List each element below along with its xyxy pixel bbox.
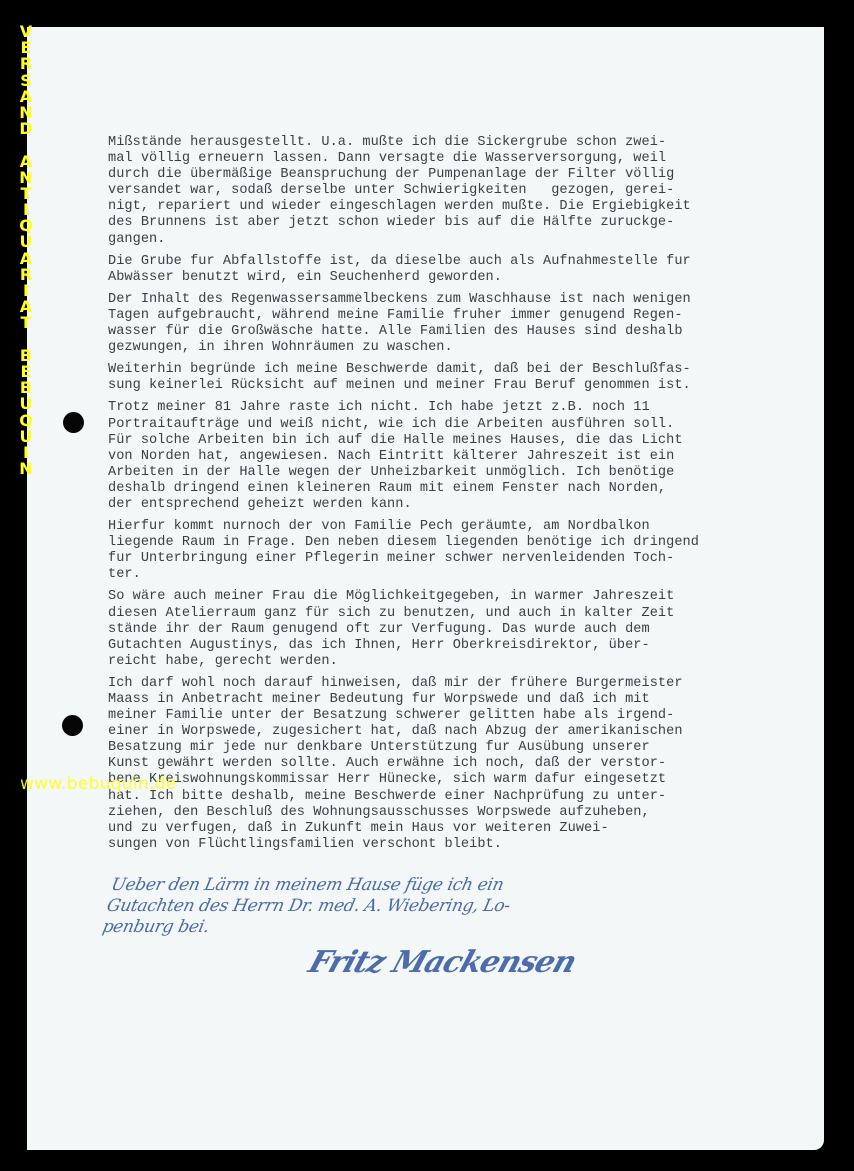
text-line: Weiterhin begründe ich meine Beschwerde … [108, 362, 823, 378]
typed-letter-body: Mißstände herausgestellt. U.a. mußte ich… [108, 135, 823, 859]
text-line: bene Kreiswohnungskommissar Herr Hünecke… [108, 772, 823, 788]
text-line: mal völlig erneuern lassen. Dann versagt… [108, 151, 823, 167]
text-line: und zu verfugen, daß in Zukunft mein Hau… [108, 821, 823, 837]
text-line: Tagen aufgebraucht, während meine Famili… [108, 308, 823, 324]
text-line: fur Unterbringung einer Pflegerin meiner… [108, 551, 823, 567]
text-line: Für solche Arbeiten bin ich auf die Hall… [108, 433, 823, 449]
handwritten-line: Gutachten des Herrn Dr. med. A. Wieberin… [105, 896, 789, 917]
text-line: Maass in Anbetracht meiner Bedeutung fur… [108, 692, 823, 708]
paragraph: So wäre auch meiner Frau die Möglichkeit… [108, 589, 823, 669]
handwritten-line: Ueber den Lärm in meinem Hause füge ich … [109, 875, 793, 896]
paragraph: Mißstände herausgestellt. U.a. mußte ich… [108, 135, 823, 248]
text-line: So wäre auch meiner Frau die Möglichkeit… [108, 589, 823, 605]
text-line: Portraitaufträge und weiß nicht, wie ich… [108, 417, 823, 433]
text-line: versandet war, sodaß derselbe unter Schw… [108, 183, 823, 199]
text-line: gezwungen, in ihren Wohnräumen zu wasche… [108, 340, 823, 356]
text-line: Arbeiten in der Halle wegen der Unheizba… [108, 465, 823, 481]
paragraph: Weiterhin begründe ich meine Beschwerde … [108, 362, 823, 394]
watermark-letter: N [17, 461, 35, 477]
letter-page: Mißstände herausgestellt. U.a. mußte ich… [27, 27, 824, 1150]
punch-hole [63, 412, 84, 433]
text-line: gangen. [108, 232, 823, 248]
text-line: Hierfur kommt nurnoch der von Familie Pe… [108, 519, 823, 535]
text-line: hat. Ich bitte deshalb, meine Beschwerde… [108, 789, 823, 805]
text-line: sung keinerlei Rücksicht auf meinen und … [108, 378, 823, 394]
paragraph: Hierfur kommt nurnoch der von Familie Pe… [108, 519, 823, 583]
text-line: der entsprechend geheizt werden kann. [108, 497, 823, 513]
text-line: von Norden hat, angewiesen. Nach Eintrit… [108, 449, 823, 465]
text-line: wasser für die Großwäsche hatte. Alle Fa… [108, 324, 823, 340]
handwritten-line: penburg bei. [100, 917, 784, 938]
signature: Fritz Mackensen [304, 945, 580, 980]
text-line: Die Grube fur Abfallstoffe ist, da diese… [108, 254, 823, 270]
text-line: deshalb dringend einen kleineren Raum mi… [108, 481, 823, 497]
paragraph: Ich darf wohl noch darauf hinweisen, daß… [108, 676, 823, 853]
punch-hole [62, 715, 83, 736]
watermark-url: www.bebuquin.de [20, 774, 177, 794]
text-line: Besatzung mir jede nur denkbare Unterstü… [108, 740, 823, 756]
paragraph: Trotz meiner 81 Jahre raste ich nicht. I… [108, 400, 823, 513]
text-line: ziehen, den Beschluß des Wohnungsausschu… [108, 805, 823, 821]
text-line: sungen von Flüchtlingsfamilien verschont… [108, 837, 823, 853]
text-line: Abwässer benutzt wird, ein Seuchenherd g… [108, 270, 823, 286]
text-line: ter. [108, 567, 823, 583]
text-line: stände ihr der Raum genugend oft zur Ver… [108, 622, 823, 638]
text-line: Trotz meiner 81 Jahre raste ich nicht. I… [108, 400, 823, 416]
watermark-vertical-text: VERSAND ANTIQUARIAT BEBUQUIN [17, 24, 35, 477]
text-line: einer in Worpswede, zugesichert hat, daß… [108, 724, 823, 740]
text-line: Der Inhalt des Regenwassersammelbeckens … [108, 292, 823, 308]
text-line: nigt, repariert und wieder eingeschlagen… [108, 199, 823, 215]
text-line: liegende Raum in Frage. Den neben diesem… [108, 535, 823, 551]
text-line: Gutachten Augustinys, das ich Ihnen, Her… [108, 638, 823, 654]
paragraph: Der Inhalt des Regenwassersammelbeckens … [108, 292, 823, 356]
text-line: reicht habe, gerecht werden. [108, 654, 823, 670]
text-line: meiner Familie unter der Besatzung schwe… [108, 708, 823, 724]
handwritten-note: Ueber den Lärm in meinem Hause füge ich … [100, 875, 793, 938]
text-line: Kunst gewährt werden sollte. Auch erwähn… [108, 756, 823, 772]
text-line: Mißstände herausgestellt. U.a. mußte ich… [108, 135, 823, 151]
text-line: des Brunnens ist aber jetzt schon wieder… [108, 215, 823, 231]
paragraph: Die Grube fur Abfallstoffe ist, da diese… [108, 254, 823, 286]
text-line: Ich darf wohl noch darauf hinweisen, daß… [108, 676, 823, 692]
text-line: diesen Atelierraum ganz für sich zu benu… [108, 606, 823, 622]
text-line: durch die übermäßige Beanspruchung der P… [108, 167, 823, 183]
